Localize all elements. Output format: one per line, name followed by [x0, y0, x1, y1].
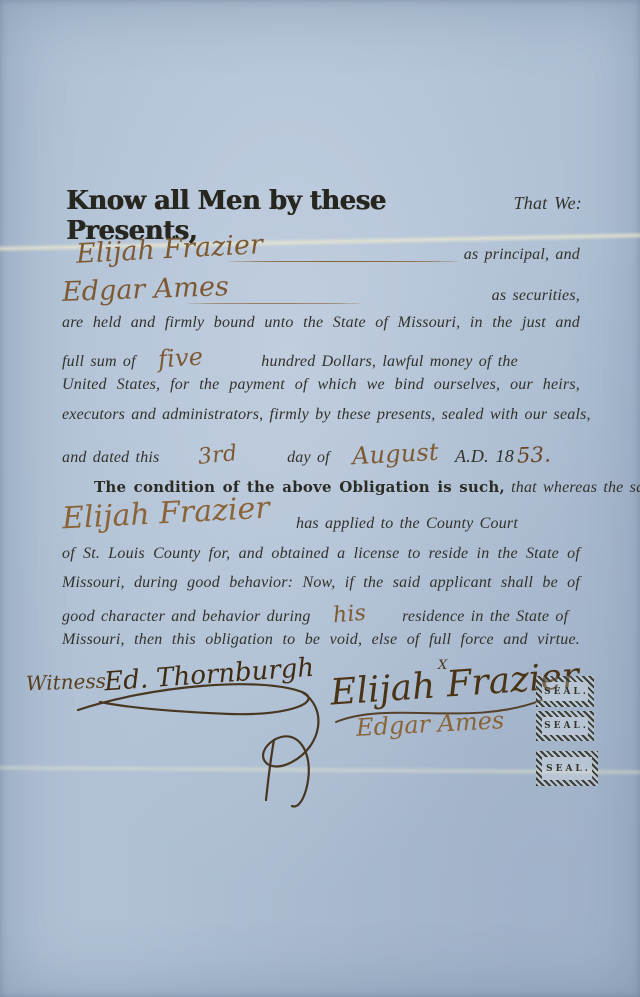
condition-line-5: good character and behavior during his r… — [62, 602, 568, 627]
year-handwritten: 53. — [517, 442, 552, 467]
month-handwritten: August — [351, 438, 439, 471]
heading-that-we: That We: — [514, 193, 582, 214]
body-line-2: full sum of five hundred Dollars, lawful… — [62, 344, 518, 372]
document-page: Know all Men by these Presents, That We:… — [0, 0, 640, 997]
security-label: as securities, — [492, 287, 580, 305]
seal-1: SEAL. — [536, 676, 594, 707]
body-line-1: are held and firmly bound unto the State… — [62, 314, 580, 332]
seal-3: SEAL. — [536, 751, 598, 786]
body-line-2-pre: full sum of — [62, 353, 136, 370]
condition-line-5-pre: good character and behavior during — [62, 608, 311, 625]
condition-lead: The condition of the above Obligation is… — [94, 478, 505, 496]
condition-line-5-post: residence in the State of — [402, 608, 568, 625]
body-line-4: executors and administrators, firmly by … — [62, 406, 580, 424]
security-ruled-line — [188, 303, 360, 304]
principal-label: as principal, and — [464, 246, 580, 264]
condition-line-2: has applied to the County Court — [296, 515, 518, 533]
day-handwritten: 3rd — [196, 441, 238, 470]
principal-ruled-line — [228, 261, 458, 262]
seal-2: SEAL. — [536, 711, 594, 741]
body-line-3: United States, for the payment of which … — [62, 376, 580, 394]
condition-line-3: of St. Louis County for, and obtained a … — [62, 545, 580, 563]
dated-line-mid: day of — [287, 449, 330, 466]
security-name-handwritten: Edgar Ames — [62, 271, 230, 308]
seal-3-label: SEAL. — [543, 764, 591, 774]
body-line-2-post: hundred Dollars, lawful money of the — [261, 353, 518, 370]
sum-handwritten: five — [157, 342, 204, 373]
seal-1-label: SEAL. — [541, 687, 589, 697]
applicant-name-handwritten: Elijah Frazier — [61, 491, 270, 537]
principal-mark-x: X — [438, 658, 447, 673]
dated-line-pre: and dated this — [62, 449, 159, 466]
seal-2-label: SEAL. — [541, 721, 589, 731]
condition-lead-tail: that whereas the said — [511, 479, 640, 496]
dated-line-ad: A.D. 18 — [455, 446, 514, 466]
dated-line: and dated this 3rd day of August A.D. 18… — [62, 440, 551, 468]
pronoun-handwritten: his — [332, 601, 367, 629]
condition-lead-line: The condition of the above Obligation is… — [94, 478, 580, 497]
condition-line-4: Missouri, during good behavior: Now, if … — [62, 574, 580, 592]
condition-line-6: Missouri, then this obligation to be voi… — [62, 631, 580, 649]
